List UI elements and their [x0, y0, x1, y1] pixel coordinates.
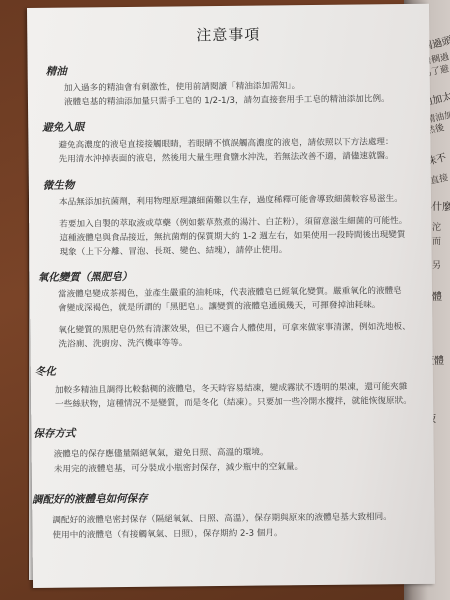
section-heading-mixed-soap-storage: 調配好的液體皂如何保存	[32, 491, 148, 507]
paragraph-line: 液體皂的保存應儘量隔絕氧氣，避免日照、高溫的環境。	[54, 445, 269, 461]
paragraph-line: 調配好的液體皂密封保存（隔絕氧氣、日照、高溫），保存期與原來的液體皂基大致相同。	[52, 510, 392, 528]
paragraph-line: 現象（上下分離、冒泡、長斑、變色、結塊），請停止使用。	[59, 243, 287, 259]
document-page: 注意事項 精油 加入過多的精油會有刺激性，使用前請閱讀「精油添加需知」。 液體皂…	[27, 4, 435, 588]
adjacent-text: 沱	[432, 220, 441, 233]
paragraph-line: 會變成深褐色，就是所謂的「黑肥皂」。讓變質的液體皂通風幾天，可揮發掉油耗味。	[58, 298, 380, 315]
paragraph-line: 本品無添加抗菌劑，利用物理原理讓細菌難以生存，過度稀釋可能會導致細菌較容易滋生。	[59, 192, 403, 210]
paragraph-line: 一些絲狀物，這種情況不是變質，而是冬化（結凍）。只要加一些冷開水攪拌，就能恢復原…	[55, 394, 412, 412]
adjacent-text: 而	[432, 234, 441, 247]
section-heading-storage: 保存方式	[33, 426, 75, 441]
paragraph-line: 先用清水沖掉表面的液皂，然後用大量生理食鹽水沖洗，若無法改善不適，請儘速就醫。	[59, 149, 394, 167]
paragraph-line: 未用完的液體皂基，可分裝成小瓶密封保存，減少瓶中的空氣量。	[54, 460, 303, 477]
paragraph-line: 液體皂基的精油添加量只需手工皂的 1/2-1/3，請勿直接套用手工皂的精油添加比…	[64, 92, 390, 109]
paragraph-line: 氧化變質的黑肥皂仍然有清潔效果，但已不適合人體使用，可拿來做家事清潔，例如洗地板…	[58, 320, 410, 338]
adjacent-text: 直接	[429, 170, 449, 186]
section-heading-essential-oil: 精油	[46, 64, 67, 79]
section-heading-winterization: 冬化	[35, 364, 56, 379]
adjacent-text: 另	[432, 258, 441, 271]
section-heading-oxidation: 氧化變質（黑肥皂）	[38, 269, 133, 285]
paragraph-line: 使用中的液體皂（有接觸氧氣、日照），保存期約 2-3 個月。	[52, 526, 282, 542]
paragraph-line: 洗浴廁、洗廚房、洗汽機車等等。	[58, 336, 187, 351]
section-heading-microbes: 微生物	[43, 178, 75, 193]
section-heading-avoid-eyes: 避免入眼	[42, 119, 84, 134]
page-title: 注意事項	[27, 22, 429, 47]
